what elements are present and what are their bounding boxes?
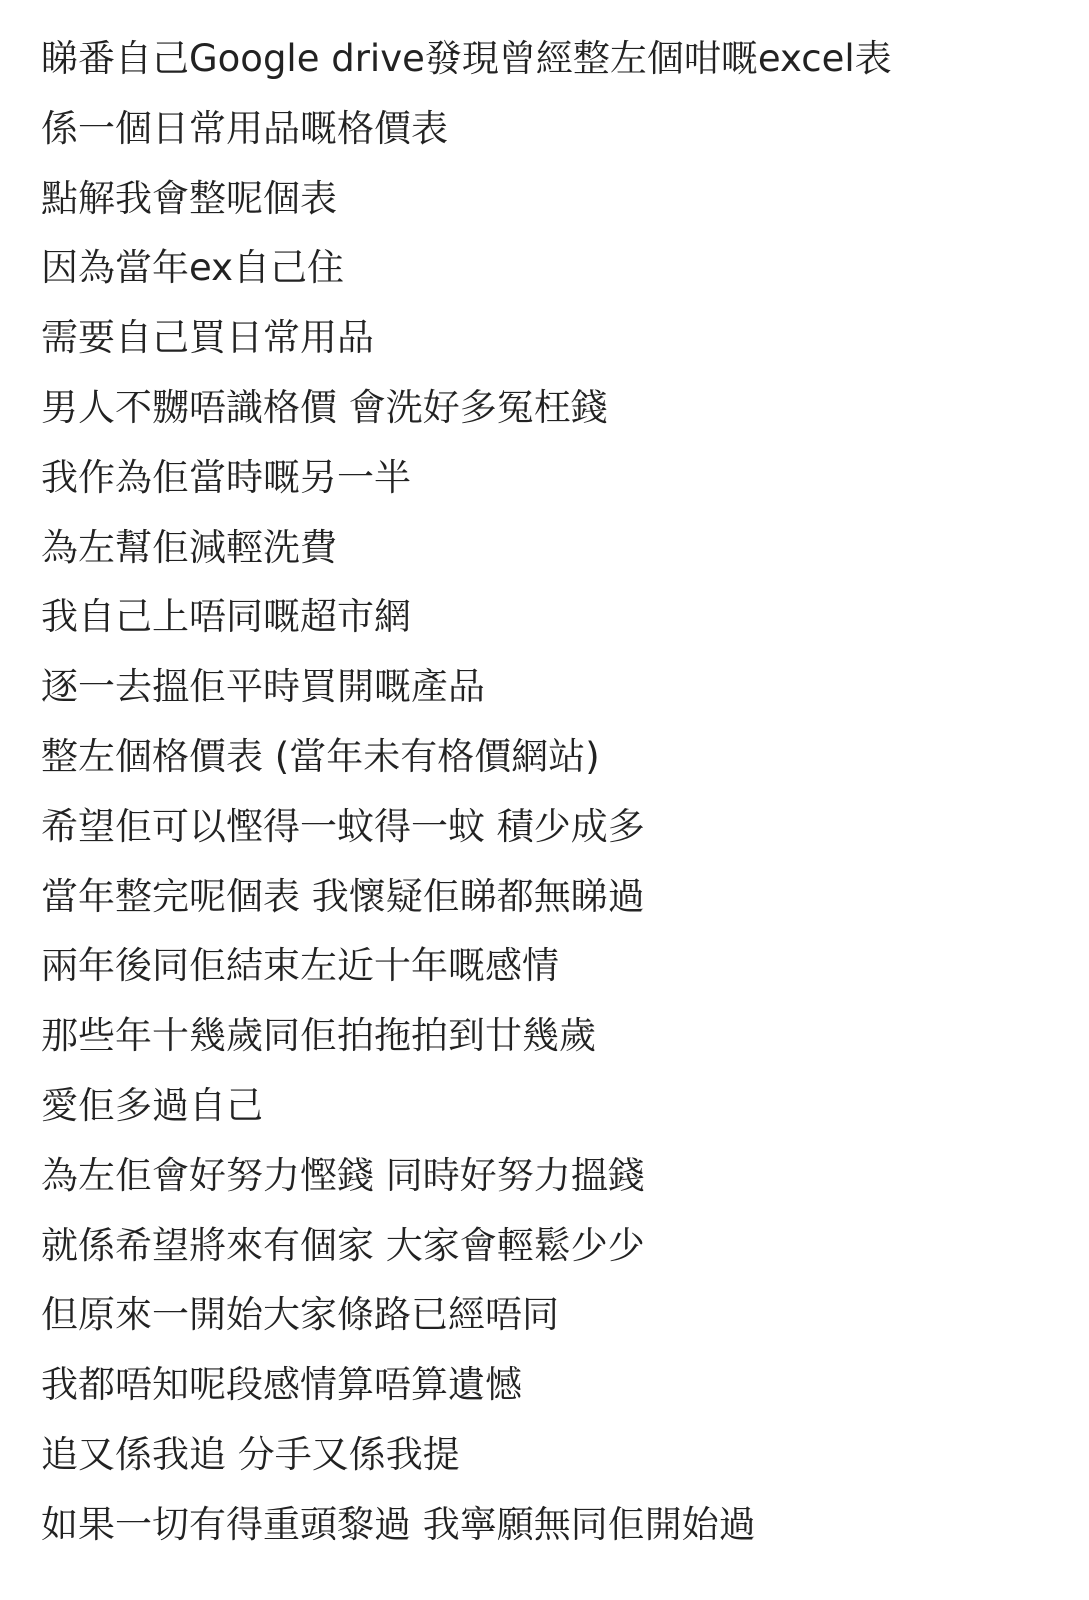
text-line-8: 為左幫佢減輕洗費	[41, 513, 1069, 583]
text-line-15: 那些年十幾歲同佢拍拖拍到廿幾歲	[41, 1001, 1069, 1071]
text-line-17: 為左佢會好努力慳錢 同時好努力搵錢	[41, 1141, 1069, 1211]
text-line-6: 男人不嬲唔識格價 會洗好多冤枉錢	[41, 373, 1069, 443]
text-line-7: 我作為佢當時嘅另一半	[41, 443, 1069, 513]
text-line-14: 兩年後同佢結束左近十年嘅感情	[41, 931, 1069, 1001]
text-line-11: 整左個格價表 (當年未有格價網站)	[41, 722, 1069, 792]
text-line-21: 追又係我追 分手又係我提	[41, 1420, 1069, 1490]
text-line-12: 希望佢可以慳得一蚊得一蚊 積少成多	[41, 792, 1069, 862]
text-line-20: 我都唔知呢段感情算唔算遺憾	[41, 1350, 1069, 1420]
text-line-10: 逐一去搵佢平時買開嘅產品	[41, 652, 1069, 722]
text-line-1: 睇番自己Google drive發現曾經整左個咁嘅excel表	[41, 24, 1069, 94]
text-line-9: 我自己上唔同嘅超市網	[41, 582, 1069, 652]
text-line-3: 點解我會整呢個表	[41, 164, 1069, 234]
text-line-5: 需要自己買日常用品	[41, 303, 1069, 373]
text-line-18: 就係希望將來有個家 大家會輕鬆少少	[41, 1211, 1069, 1281]
text-line-19: 但原來一開始大家條路已經唔同	[41, 1280, 1069, 1350]
text-line-22: 如果一切有得重頭黎過 我寧願無同佢開始過	[41, 1490, 1069, 1560]
text-line-4: 因為當年ex自己住	[41, 233, 1069, 303]
text-line-16: 愛佢多過自己	[41, 1071, 1069, 1141]
text-line-13: 當年整完呢個表 我懷疑佢睇都無睇過	[41, 862, 1069, 932]
text-line-2: 係一個日常用品嘅格價表	[41, 94, 1069, 164]
document-body: 睇番自己Google drive發現曾經整左個咁嘅excel表 係一個日常用品嘅…	[41, 24, 1069, 1560]
